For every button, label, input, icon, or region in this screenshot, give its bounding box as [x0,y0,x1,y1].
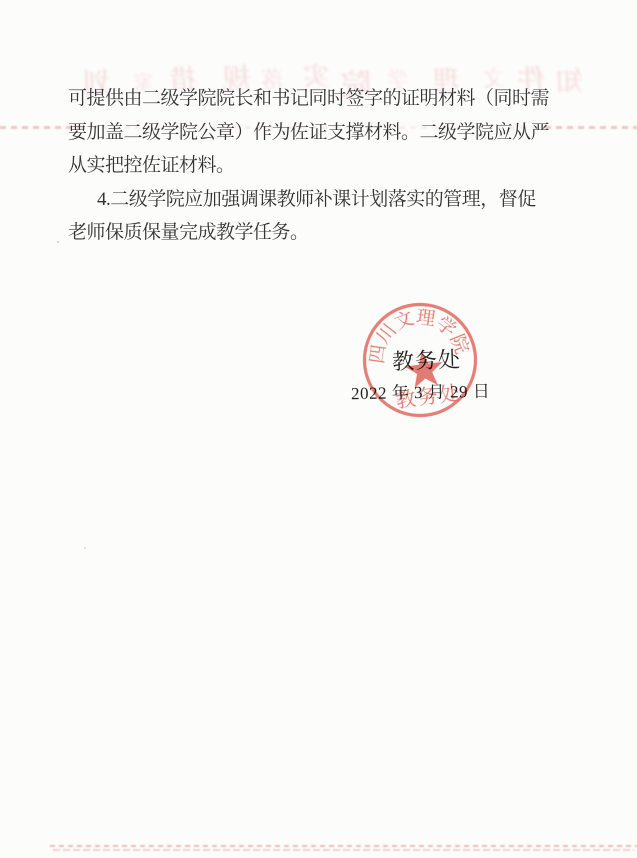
scan-speck [302,199,305,202]
body-line: 要加盖二级学院公章）作为佐证支撑材料。二级学院应从严 [68,116,560,150]
scanned-document-page: { "document": { "kind": "scanned officia… [0,0,637,858]
bleed-through-line-bottom [50,845,637,854]
scan-speck [84,547,86,549]
body-line: 老师保质保量完成教学任务。 [68,216,560,250]
seal-office-text: 教务处 [394,381,462,412]
official-seal: 四 川 文 理 学 院 教务处 [340,280,500,440]
body-line: 从实把控佐证材料。 [68,149,560,183]
scan-speck [57,241,59,243]
seal-star-icon [403,348,445,389]
body-text: 可提供由二级学院院长和书记同时签字的证明材料（同时需 要加盖二级学院公章）作为佐… [68,82,560,250]
body-line: 可提供由二级学院院长和书记同时签字的证明材料（同时需 [68,82,560,116]
seal-arc-text: 四 川 文 理 学 院 [361,300,474,368]
body-line: 4.二级学院应加强调课教师补课计划落实的管理，督促 [68,183,560,217]
